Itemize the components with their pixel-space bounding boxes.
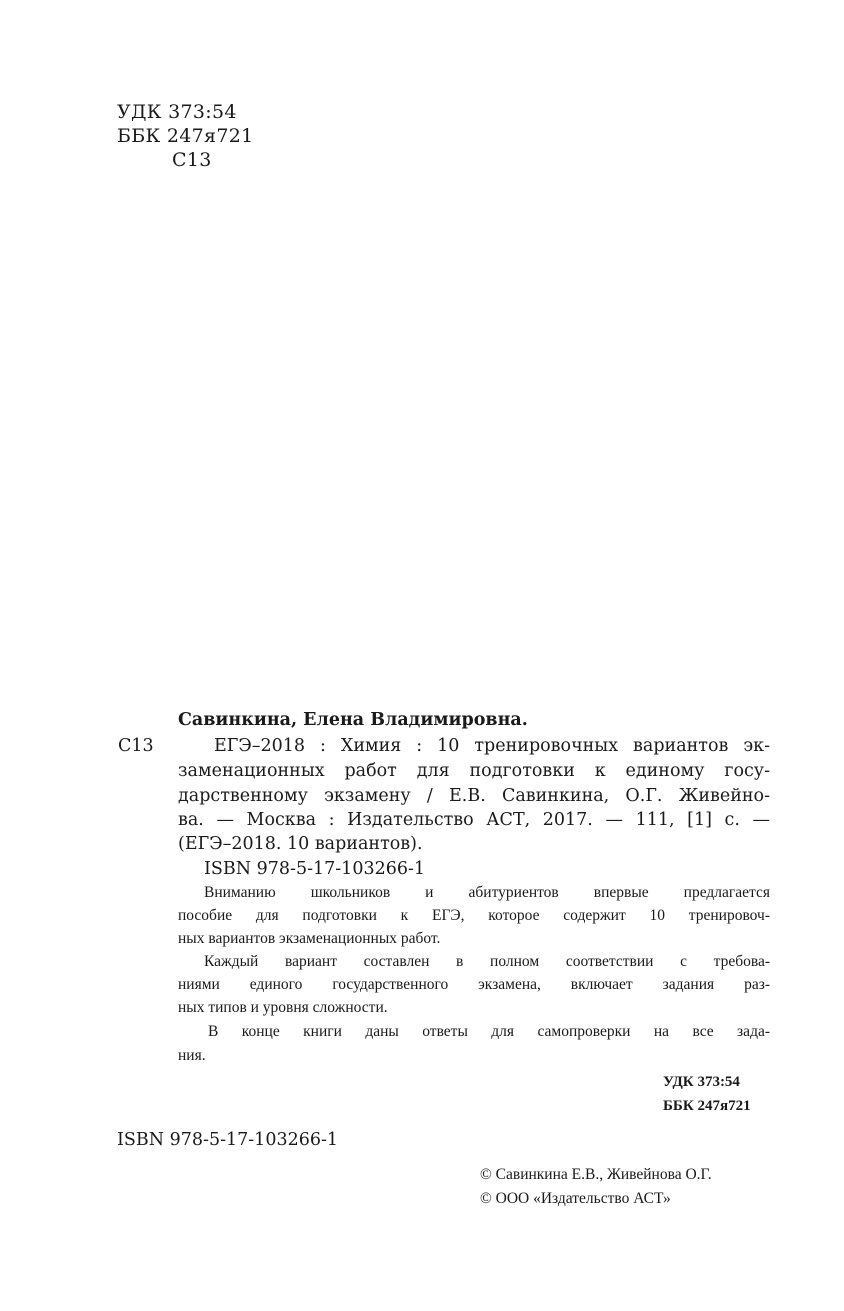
annotation-line: ных типов и уровня сложности. xyxy=(178,1000,388,1016)
isbn-footer: ISBN 978-5-17-103266-1 xyxy=(117,1132,338,1150)
record-description-line: (ЕГЭ–2018. 10 вариантов). xyxy=(178,836,423,854)
record-description-line: дарственному экзамену / Е.В. Савинкина, … xyxy=(178,788,770,806)
annotation-line: Вниманию школьников и абитуриентов вперв… xyxy=(204,885,770,901)
annotation-line: ниями единого государственного экзамена,… xyxy=(178,977,770,993)
record-description-line: ва. — Москва : Издательство АСТ, 2017. —… xyxy=(178,812,770,830)
annotation-line: В конце книги даны ответы для самопровер… xyxy=(208,1024,770,1040)
annotation-line: Каждый вариант составлен в полном соотве… xyxy=(204,954,770,970)
copyright-authors: © Савинкина Е.В., Живейнова О.Г. xyxy=(480,1167,712,1183)
annotation-line: пособие для подготовки к ЕГЭ, которое со… xyxy=(178,908,770,924)
record-description-line: ЕГЭ–2018 : Химия : 10 тренировочных вари… xyxy=(214,738,770,756)
bbk-footer: ББК 247я721 xyxy=(663,1099,751,1114)
annotation-line: ния. xyxy=(178,1048,206,1064)
copyright-publisher: © ООО «Издательство АСТ» xyxy=(480,1191,671,1207)
bbk-header: ББК 247я721 xyxy=(117,127,254,146)
record-description-line: заменационных работ для подготовки к еди… xyxy=(178,763,770,781)
udk-footer: УДК 373:54 xyxy=(663,1075,740,1090)
udk-header: УДК 373:54 xyxy=(117,103,237,122)
record-author: Савинкина, Елена Владимировна. xyxy=(178,712,528,730)
author-code-header: С13 xyxy=(172,151,212,170)
annotation-line: ных вариантов экзаменационных работ. xyxy=(178,931,440,947)
record-code: С13 xyxy=(118,738,154,756)
record-isbn: ISBN 978-5-17-103266-1 xyxy=(204,861,425,879)
